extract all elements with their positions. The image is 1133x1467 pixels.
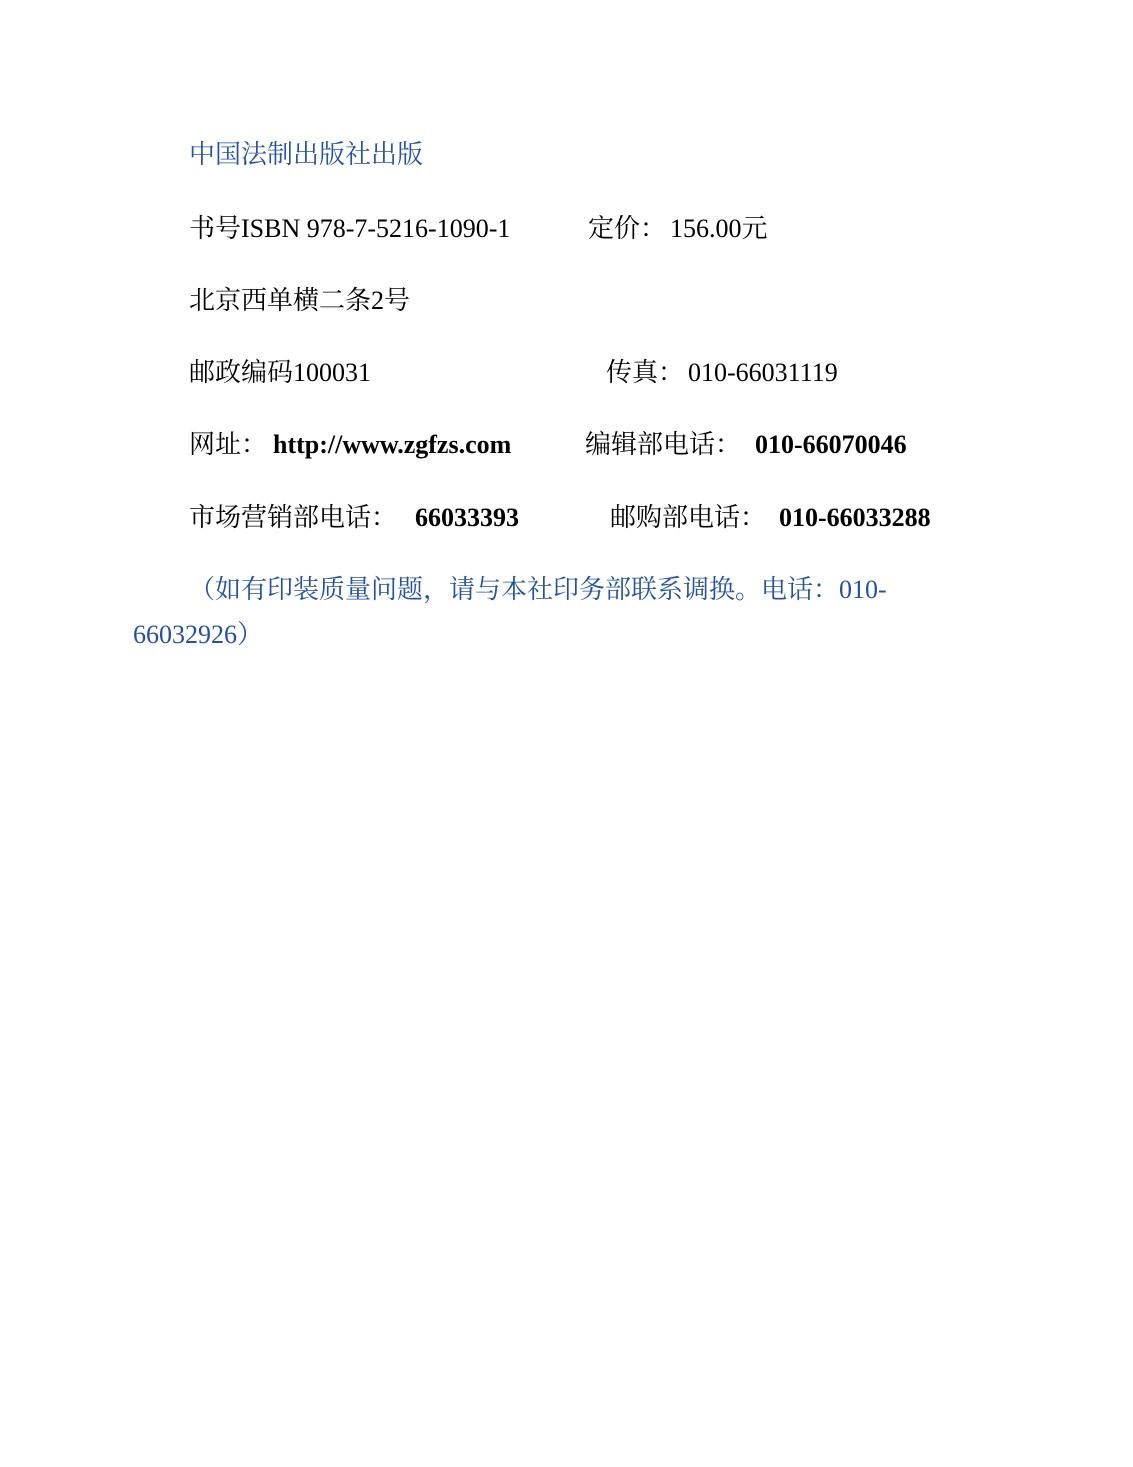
website-link[interactable]: http://www.zgfzs.com bbox=[273, 430, 511, 460]
fax-value: 010-66031119 bbox=[688, 358, 838, 388]
editorial-phone: 010-66070046 bbox=[755, 430, 907, 460]
publisher-line: 中国法制出版社出版 bbox=[189, 140, 423, 170]
marketing-label: 市场营销部电话： bbox=[189, 503, 397, 533]
marketing-phone: 66033393 bbox=[415, 503, 519, 533]
mailorder-label: 邮购部电话： bbox=[610, 503, 766, 533]
isbn: 书号ISBN 978-7-5216-1090-1 bbox=[189, 214, 510, 244]
mailorder-phone: 010-66033288 bbox=[779, 503, 931, 533]
notice-line-2: 66032926） bbox=[133, 620, 263, 650]
price-label: 定价： bbox=[588, 214, 666, 244]
website-label: 网址： bbox=[189, 430, 267, 460]
notice-line-1: （如有印装质量问题，请与本社印务部联系调换。电话：010- bbox=[189, 575, 887, 605]
editorial-label: 编辑部电话： bbox=[585, 430, 741, 460]
address-line: 北京西单横二条2号 bbox=[189, 286, 410, 316]
price-value: 156.00元 bbox=[670, 214, 768, 244]
postal-code: 邮政编码100031 bbox=[189, 358, 371, 388]
fax-label: 传真： bbox=[606, 358, 684, 388]
